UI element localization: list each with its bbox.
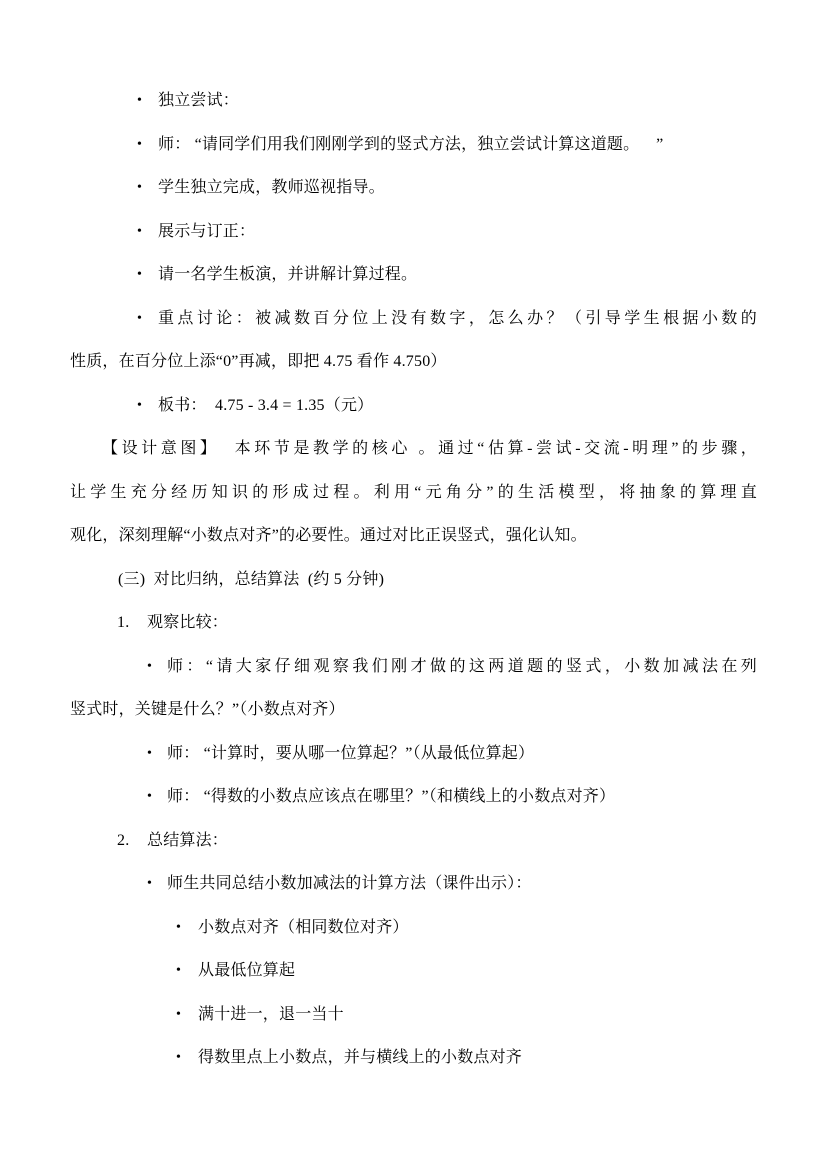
paragraph: •独立尝试： xyxy=(70,79,757,123)
line-text: 师：“请大家仔细观察我们刚才做的这两道题的竖式，小数加减法在列 xyxy=(167,658,757,675)
line-text: 从最低位算起 xyxy=(198,962,295,979)
document-body: •独立尝试：•师： “请同学们用我们刚刚学到的竖式方法，独立尝试计算这道题。 ”… xyxy=(70,79,757,1080)
document-line: 2.总结算法： xyxy=(70,819,757,863)
paragraph: (三) 对比归纳，总结算法 (约 5 分钟) xyxy=(70,558,757,602)
list-number: 2. xyxy=(117,819,129,863)
document-line: •师： “请同学们用我们刚刚学到的竖式方法，独立尝试计算这道题。 ” xyxy=(70,123,757,167)
bullet-icon: • xyxy=(147,645,152,689)
document-line: •独立尝试： xyxy=(70,79,757,123)
paragraph: •师： “计算时，要从哪一位算起？”（从最低位算起） xyxy=(70,732,757,776)
bullet-icon: • xyxy=(176,906,181,950)
bullet-icon: • xyxy=(147,732,152,776)
document-line: •师： “计算时，要从哪一位算起？”（从最低位算起） xyxy=(70,732,757,776)
document-line: •板书： 4.75 - 3.4 = 1.35（元） xyxy=(70,384,757,428)
line-text: 师： “得数的小数点应该点在哪里？”（和横线上的小数点对齐） xyxy=(167,788,615,805)
document-line: •请一名学生板演，并讲解计算过程。 xyxy=(70,253,757,297)
paragraph: •重点讨论：被减数百分位上没有数字，怎么办？（引导学生根据小数的性质，在百分位上… xyxy=(70,297,757,384)
line-text: 师： “计算时，要从哪一位算起？”（从最低位算起） xyxy=(167,745,534,762)
bullet-icon: • xyxy=(137,253,142,297)
document-line: 观化，深刻理解“小数点对齐”的必要性。通过对比正误竖式，强化认知。 xyxy=(70,514,757,558)
line-text: 学生独立完成，教师巡视指导。 xyxy=(158,179,385,196)
paragraph: •从最低位算起 xyxy=(70,949,757,993)
document-line: 【设计意图】 本环节是教学的核心 。通过“估算-尝试-交流-明理”的步骤， xyxy=(70,427,757,471)
line-text: 【设计意图】 本环节是教学的核心 。通过“估算-尝试-交流-明理”的步骤， xyxy=(102,440,757,457)
document-line: 竖式时，关键是什么？”（小数点对齐） xyxy=(70,688,757,732)
document-line: 1.观察比较： xyxy=(70,601,757,645)
paragraph: •师生共同总结小数加减法的计算方法（课件出示）： xyxy=(70,862,757,906)
paragraph: 【设计意图】 本环节是教学的核心 。通过“估算-尝试-交流-明理”的步骤，让学生… xyxy=(70,427,757,558)
document-line: 让学生充分经历知识的形成过程。利用“元角分”的生活模型，将抽象的算理直 xyxy=(70,471,757,515)
paragraph: •小数点对齐（相同数位对齐） xyxy=(70,906,757,950)
bullet-icon: • xyxy=(137,123,142,167)
document-line: •得数里点上小数点，并与横线上的小数点对齐 xyxy=(70,1036,757,1080)
bullet-icon: • xyxy=(137,384,142,428)
paragraph: •满十进一，退一当十 xyxy=(70,993,757,1037)
line-text: 观察比较： xyxy=(147,614,228,631)
bullet-icon: • xyxy=(137,210,142,254)
line-text: 性质，在百分位上添“0”再减，即把 4.75 看作 4.750） xyxy=(70,353,447,370)
line-text: 观化，深刻理解“小数点对齐”的必要性。通过对比正误竖式，强化认知。 xyxy=(70,527,587,544)
paragraph: •展示与订正： xyxy=(70,210,757,254)
line-text: 总结算法： xyxy=(147,832,228,849)
document-line: •师生共同总结小数加减法的计算方法（课件出示）： xyxy=(70,862,757,906)
bullet-icon: • xyxy=(147,775,152,819)
bullet-icon: • xyxy=(137,297,142,341)
line-text: 师生共同总结小数加减法的计算方法（课件出示）： xyxy=(167,875,532,892)
bullet-icon: • xyxy=(176,1036,181,1080)
document-line: •满十进一，退一当十 xyxy=(70,993,757,1037)
paragraph: •板书： 4.75 - 3.4 = 1.35（元） xyxy=(70,384,757,428)
document-line: •从最低位算起 xyxy=(70,949,757,993)
paragraph: •师：“请大家仔细观察我们刚才做的这两道题的竖式，小数加减法在列竖式时，关键是什… xyxy=(70,645,757,732)
line-text: 让学生充分经历知识的形成过程。利用“元角分”的生活模型，将抽象的算理直 xyxy=(70,484,757,501)
line-text: 小数点对齐（相同数位对齐） xyxy=(198,919,409,936)
line-text: 得数里点上小数点，并与横线上的小数点对齐 xyxy=(198,1049,522,1066)
line-text: 请一名学生板演，并讲解计算过程。 xyxy=(158,266,417,283)
line-text: (三) 对比归纳，总结算法 (约 5 分钟) xyxy=(118,571,384,588)
paragraph: •师： “请同学们用我们刚刚学到的竖式方法，独立尝试计算这道题。 ” xyxy=(70,123,757,167)
line-text: 重点讨论：被减数百分位上没有数字，怎么办？（引导学生根据小数的 xyxy=(158,310,757,327)
document-page: •独立尝试：•师： “请同学们用我们刚刚学到的竖式方法，独立尝试计算这道题。 ”… xyxy=(0,0,827,1170)
document-line: •展示与订正： xyxy=(70,210,757,254)
bullet-icon: • xyxy=(147,862,152,906)
document-line: •师：“请大家仔细观察我们刚才做的这两道题的竖式，小数加减法在列 xyxy=(70,645,757,689)
line-text: 竖式时，关键是什么？”（小数点对齐） xyxy=(70,701,345,718)
paragraph: •学生独立完成，教师巡视指导。 xyxy=(70,166,757,210)
paragraph: •师： “得数的小数点应该点在哪里？”（和横线上的小数点对齐） xyxy=(70,775,757,819)
bullet-icon: • xyxy=(137,79,142,123)
line-text: 独立尝试： xyxy=(158,92,239,109)
bullet-icon: • xyxy=(176,993,181,1037)
paragraph: •请一名学生板演，并讲解计算过程。 xyxy=(70,253,757,297)
bullet-icon: • xyxy=(137,166,142,210)
paragraph: 1.观察比较： xyxy=(70,601,757,645)
line-text: 师： “请同学们用我们刚刚学到的竖式方法，独立尝试计算这道题。 ” xyxy=(158,136,663,153)
line-text: 满十进一，退一当十 xyxy=(198,1006,344,1023)
line-text: 展示与订正： xyxy=(158,223,255,240)
document-line: •学生独立完成，教师巡视指导。 xyxy=(70,166,757,210)
document-line: (三) 对比归纳，总结算法 (约 5 分钟) xyxy=(70,558,757,602)
line-text: 板书： 4.75 - 3.4 = 1.35（元） xyxy=(158,397,373,414)
list-number: 1. xyxy=(117,601,129,645)
document-line: 性质，在百分位上添“0”再减，即把 4.75 看作 4.750） xyxy=(70,340,757,384)
paragraph: 2.总结算法： xyxy=(70,819,757,863)
document-line: •重点讨论：被减数百分位上没有数字，怎么办？（引导学生根据小数的 xyxy=(70,297,757,341)
document-line: •小数点对齐（相同数位对齐） xyxy=(70,906,757,950)
document-line: •师： “得数的小数点应该点在哪里？”（和横线上的小数点对齐） xyxy=(70,775,757,819)
paragraph: •得数里点上小数点，并与横线上的小数点对齐 xyxy=(70,1036,757,1080)
bullet-icon: • xyxy=(176,949,181,993)
